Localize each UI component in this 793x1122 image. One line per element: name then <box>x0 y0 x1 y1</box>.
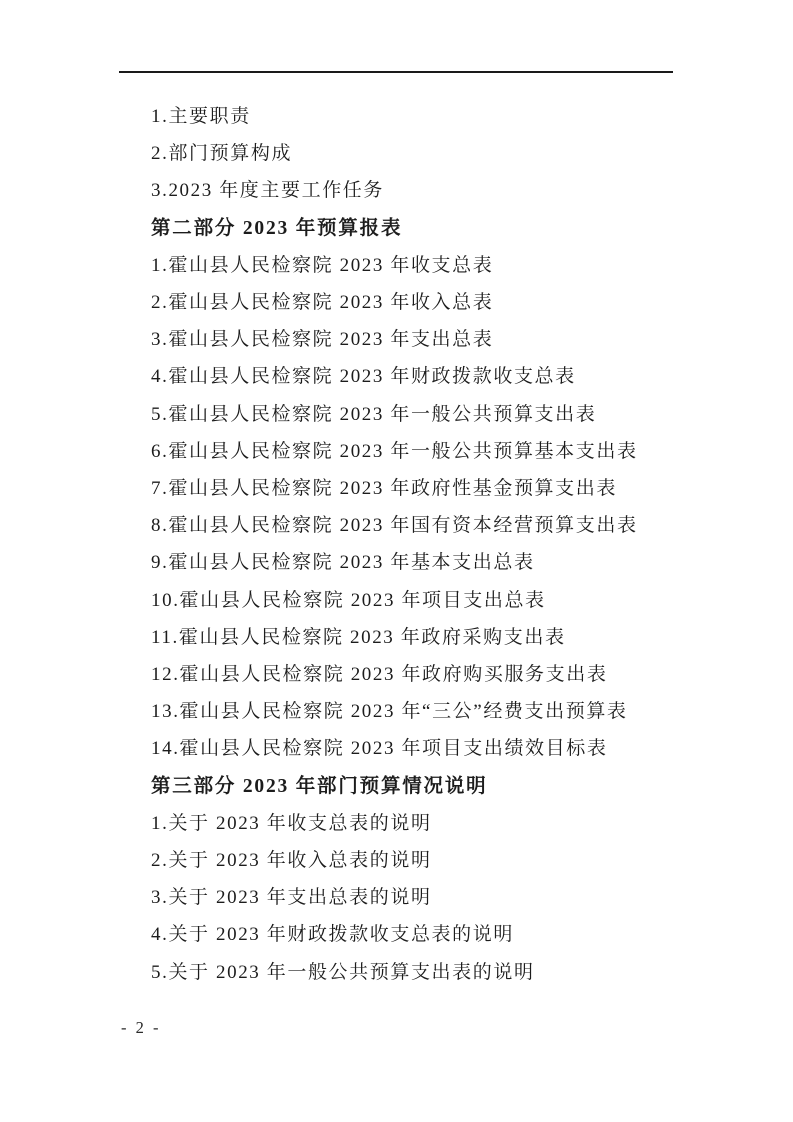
toc-item: 13.霍山县人民检察院 2023 年“三公”经费支出预算表 <box>151 693 711 730</box>
toc-item: 12.霍山县人民检察院 2023 年政府购买服务支出表 <box>151 656 711 693</box>
toc-item: 2.关于 2023 年收入总表的说明 <box>151 842 711 879</box>
toc-item: 2.部门预算构成 <box>151 135 711 172</box>
toc-content: 1.主要职责2.部门预算构成3.2023 年度主要工作任务 第二部分 2023 … <box>151 98 711 991</box>
toc-item: 5.霍山县人民检察院 2023 年一般公共预算支出表 <box>151 396 711 433</box>
toc-item: 6.霍山县人民检察院 2023 年一般公共预算基本支出表 <box>151 433 711 470</box>
document-page: 1.主要职责2.部门预算构成3.2023 年度主要工作任务 第二部分 2023 … <box>0 0 793 1122</box>
toc-item: 5.关于 2023 年一般公共预算支出表的说明 <box>151 954 711 991</box>
toc-item: 7.霍山县人民检察院 2023 年政府性基金预算支出表 <box>151 470 711 507</box>
toc-item: 3.霍山县人民检察院 2023 年支出总表 <box>151 321 711 358</box>
toc-item: 4.霍山县人民检察院 2023 年财政拨款收支总表 <box>151 358 711 395</box>
toc-item: 11.霍山县人民检察院 2023 年政府采购支出表 <box>151 619 711 656</box>
toc-item: 1.主要职责 <box>151 98 711 135</box>
toc-item: 14.霍山县人民检察院 2023 年项目支出绩效目标表 <box>151 730 711 767</box>
toc-item: 1.关于 2023 年收支总表的说明 <box>151 805 711 842</box>
toc-item: 4.关于 2023 年财政拨款收支总表的说明 <box>151 916 711 953</box>
part2-item-list: 1.霍山县人民检察院 2023 年收支总表2.霍山县人民检察院 2023 年收入… <box>151 247 711 768</box>
header-rule <box>119 71 673 73</box>
toc-item: 8.霍山县人民检察院 2023 年国有资本经营预算支出表 <box>151 507 711 544</box>
toc-item: 2.霍山县人民检察院 2023 年收入总表 <box>151 284 711 321</box>
part3-heading: 第三部分 2023 年部门预算情况说明 <box>151 768 711 805</box>
part1-item-list: 1.主要职责2.部门预算构成3.2023 年度主要工作任务 <box>151 98 711 210</box>
page-number: - 2 - <box>121 1018 161 1038</box>
toc-item: 1.霍山县人民检察院 2023 年收支总表 <box>151 247 711 284</box>
toc-item: 9.霍山县人民检察院 2023 年基本支出总表 <box>151 544 711 581</box>
part3-item-list: 1.关于 2023 年收支总表的说明2.关于 2023 年收入总表的说明3.关于… <box>151 805 711 991</box>
toc-item: 3.关于 2023 年支出总表的说明 <box>151 879 711 916</box>
toc-item: 10.霍山县人民检察院 2023 年项目支出总表 <box>151 582 711 619</box>
toc-item: 3.2023 年度主要工作任务 <box>151 172 711 209</box>
part2-heading: 第二部分 2023 年预算报表 <box>151 210 711 247</box>
